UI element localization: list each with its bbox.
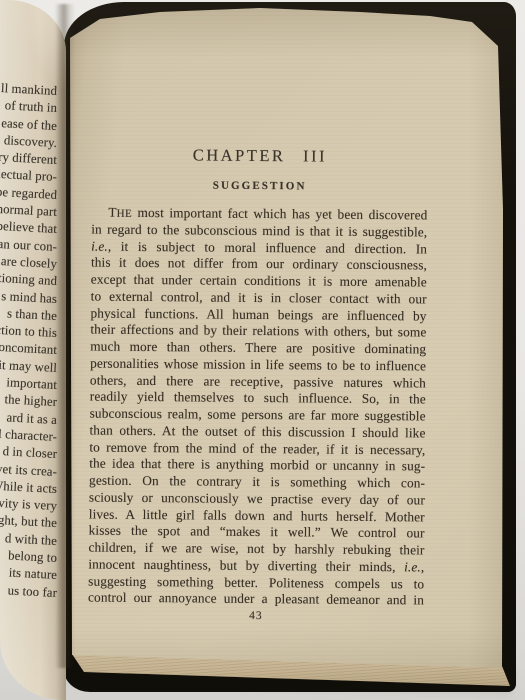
body-paragraph: THE most important fact which has yet be… <box>88 205 427 610</box>
left-page-text: ll mankindof truth inease of thes discov… <box>0 83 57 602</box>
chapter-heading: CHAPTER III <box>92 146 428 167</box>
right-page: CHAPTER III SUGGESTION THE most importan… <box>66 6 510 672</box>
gutter-shadow <box>55 4 75 668</box>
right-page-text: CHAPTER III SUGGESTION THE most importan… <box>88 146 428 624</box>
left-page-line: ll mankind <box>0 74 57 100</box>
body-line: control our annoyance under a pleasant d… <box>88 590 424 610</box>
page-number: 43 <box>88 609 424 624</box>
section-heading: SUGGESTION <box>92 179 428 194</box>
book-photo: CHAPTER III SUGGESTION THE most importan… <box>0 0 525 700</box>
